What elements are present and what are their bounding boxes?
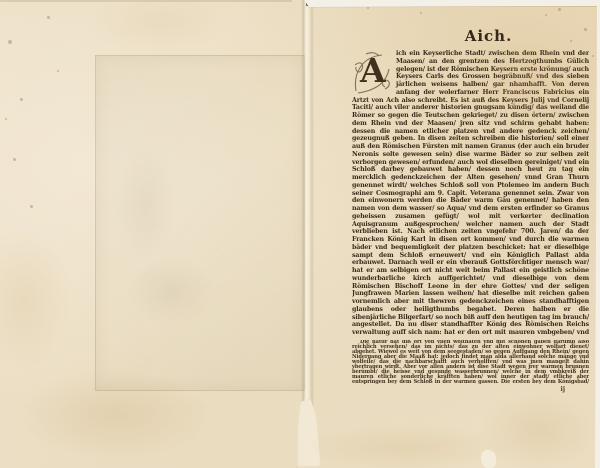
show-through-smudge: [126, 256, 216, 326]
woodcut-initial: A: [352, 51, 393, 95]
foxing-dot: [13, 158, 16, 161]
plate-impression: [95, 55, 305, 391]
main-text-block: A ich ein Keyserliche Stadt/ zwischen de…: [352, 50, 589, 336]
foxing-dot: [57, 70, 59, 72]
show-through-smudge: [116, 146, 176, 266]
foxing-dot: [367, 7, 369, 9]
foxing-dot: [8, 40, 12, 44]
foxing-dot: [592, 55, 594, 57]
foxing-dot: [545, 14, 547, 16]
stain: [0, 228, 72, 370]
initial-letter: A: [360, 50, 385, 94]
stain: [478, 392, 600, 468]
stain: [300, 424, 512, 468]
foxing-dot: [420, 12, 422, 14]
foxing-dot: [30, 205, 33, 208]
page-title: Aich.: [370, 27, 600, 47]
paper-chip: [481, 450, 496, 468]
stain: [88, 0, 230, 54]
foxing-dot: [47, 16, 50, 19]
foxing-dot: [558, 8, 561, 11]
foxing-dot: [5, 118, 7, 120]
footnote-text: Die natur hat diß ort von vilen wolthate…: [352, 340, 589, 384]
signature-mark: ij: [352, 386, 589, 393]
center-fold: [301, 0, 314, 468]
repair-strip: [296, 398, 322, 468]
scanned-book-page: Aich. A ich ein Keyserliche Stadt/ zwisc…: [0, 0, 600, 468]
text-page: Aich. A ich ein Keyserliche Stadt/ zwisc…: [352, 27, 589, 393]
paper-top-edge: [305, 5, 597, 8]
foxing-dot: [20, 98, 23, 101]
paper-sheet: Aich. A ich ein Keyserliche Stadt/ zwisc…: [0, 0, 600, 468]
paper-top-edge: [0, 0, 292, 2]
